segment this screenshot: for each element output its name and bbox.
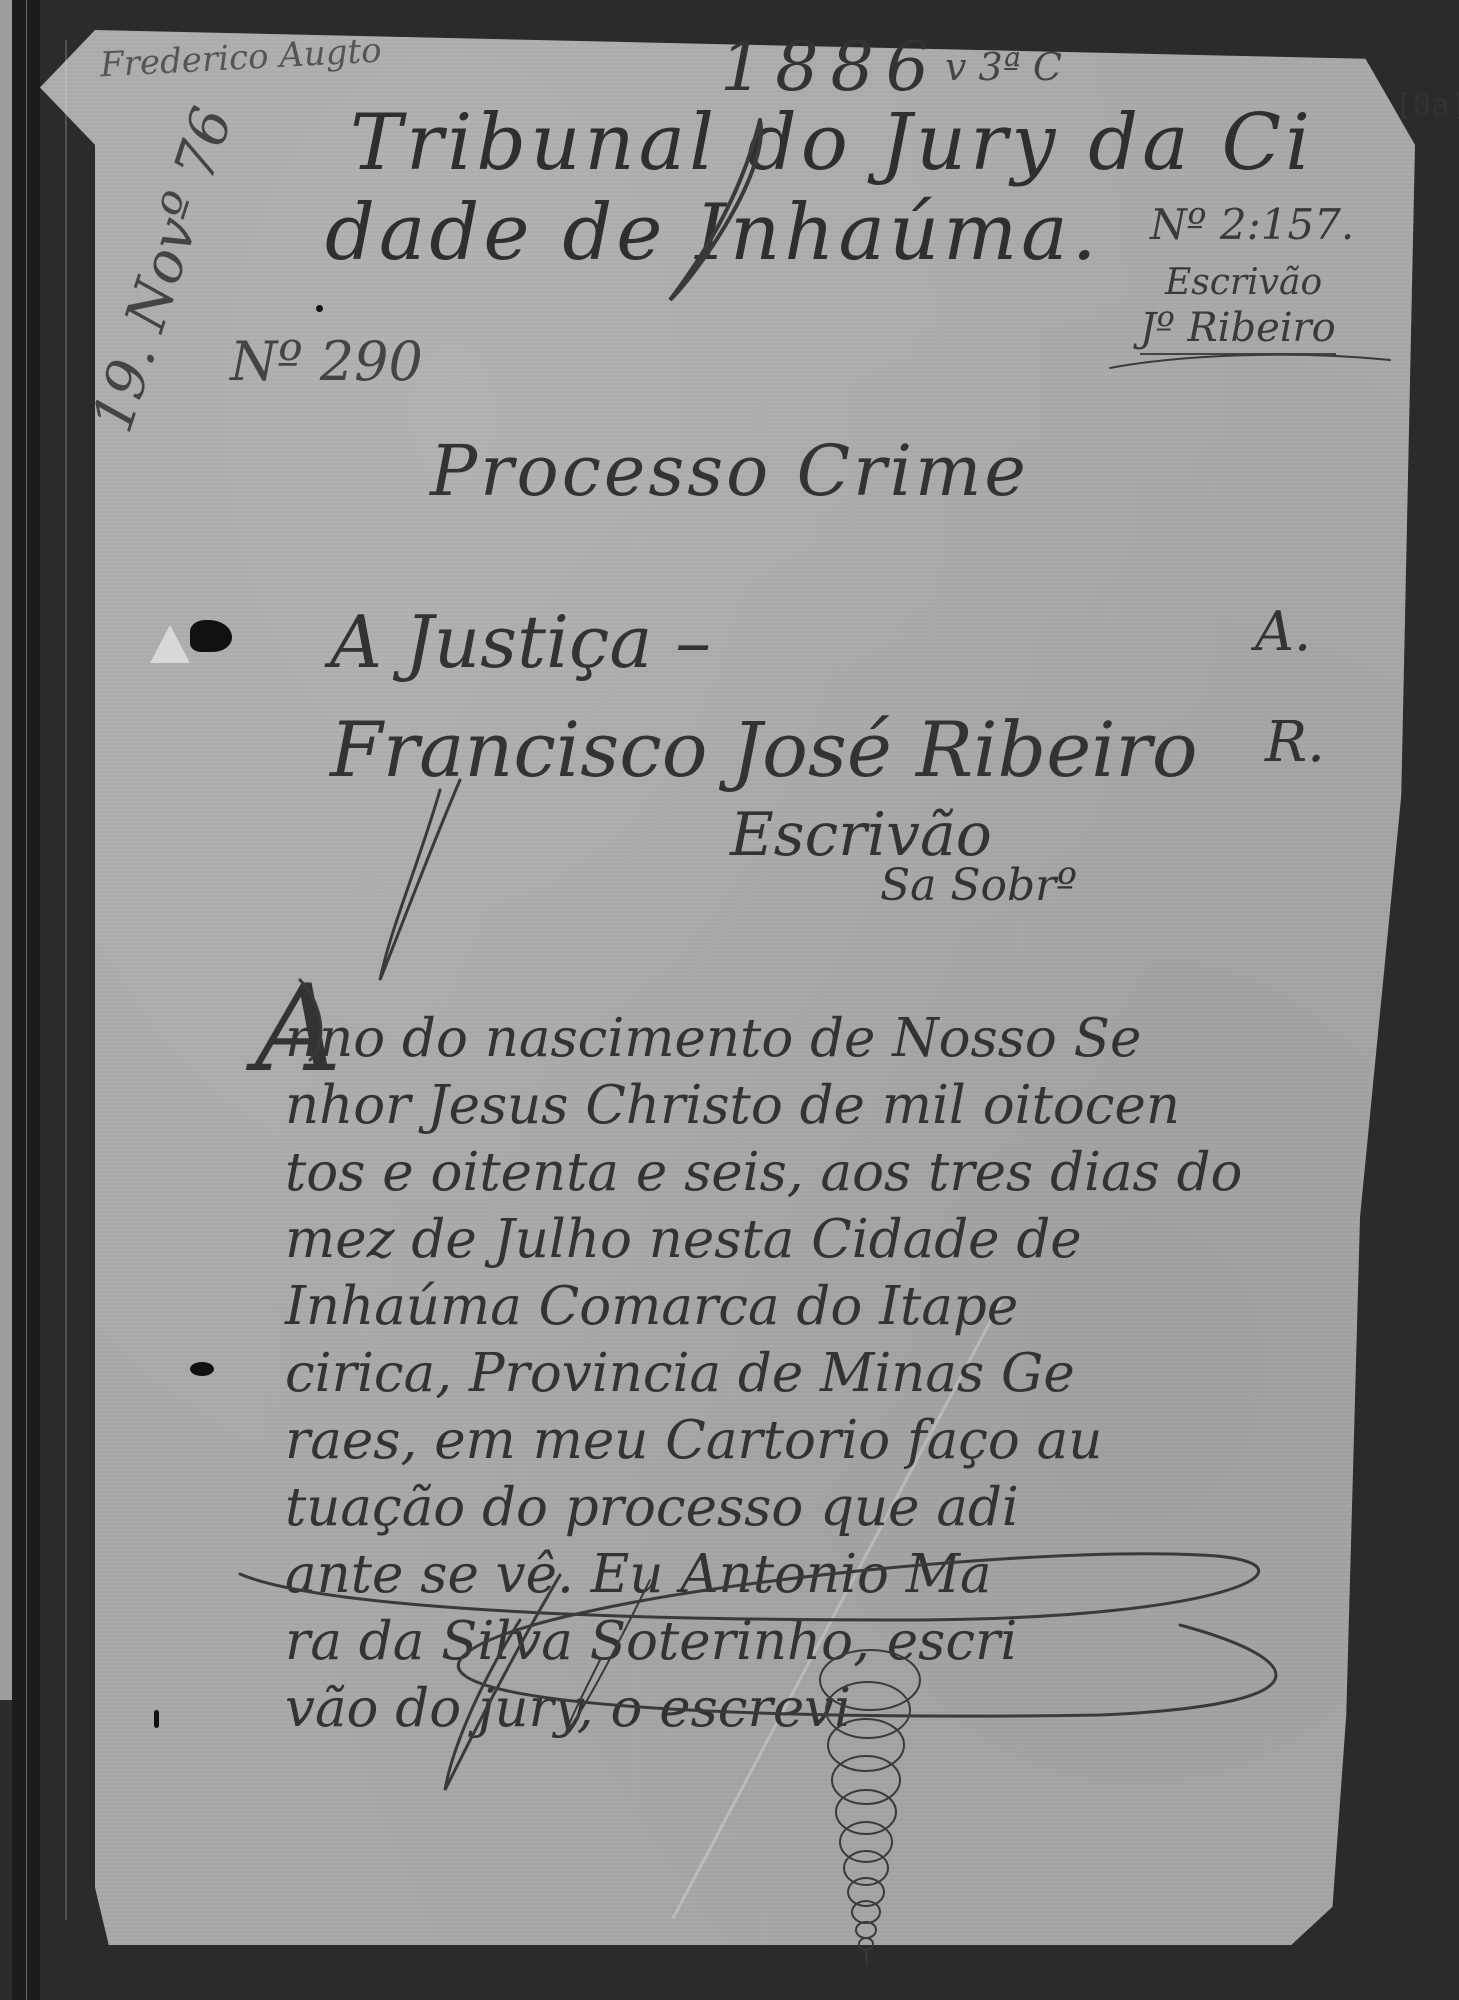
- signature-rubric: [240, 1554, 1276, 1716]
- ink-hole: [190, 620, 232, 652]
- title-swash: [670, 120, 761, 300]
- ink-spot: [190, 1362, 214, 1376]
- ink-spot: [154, 1710, 159, 1728]
- ink-flourishes: [0, 0, 1459, 2000]
- name-swash: [380, 780, 460, 980]
- ink-dot: [316, 305, 323, 312]
- clerk-underline: [1110, 355, 1390, 368]
